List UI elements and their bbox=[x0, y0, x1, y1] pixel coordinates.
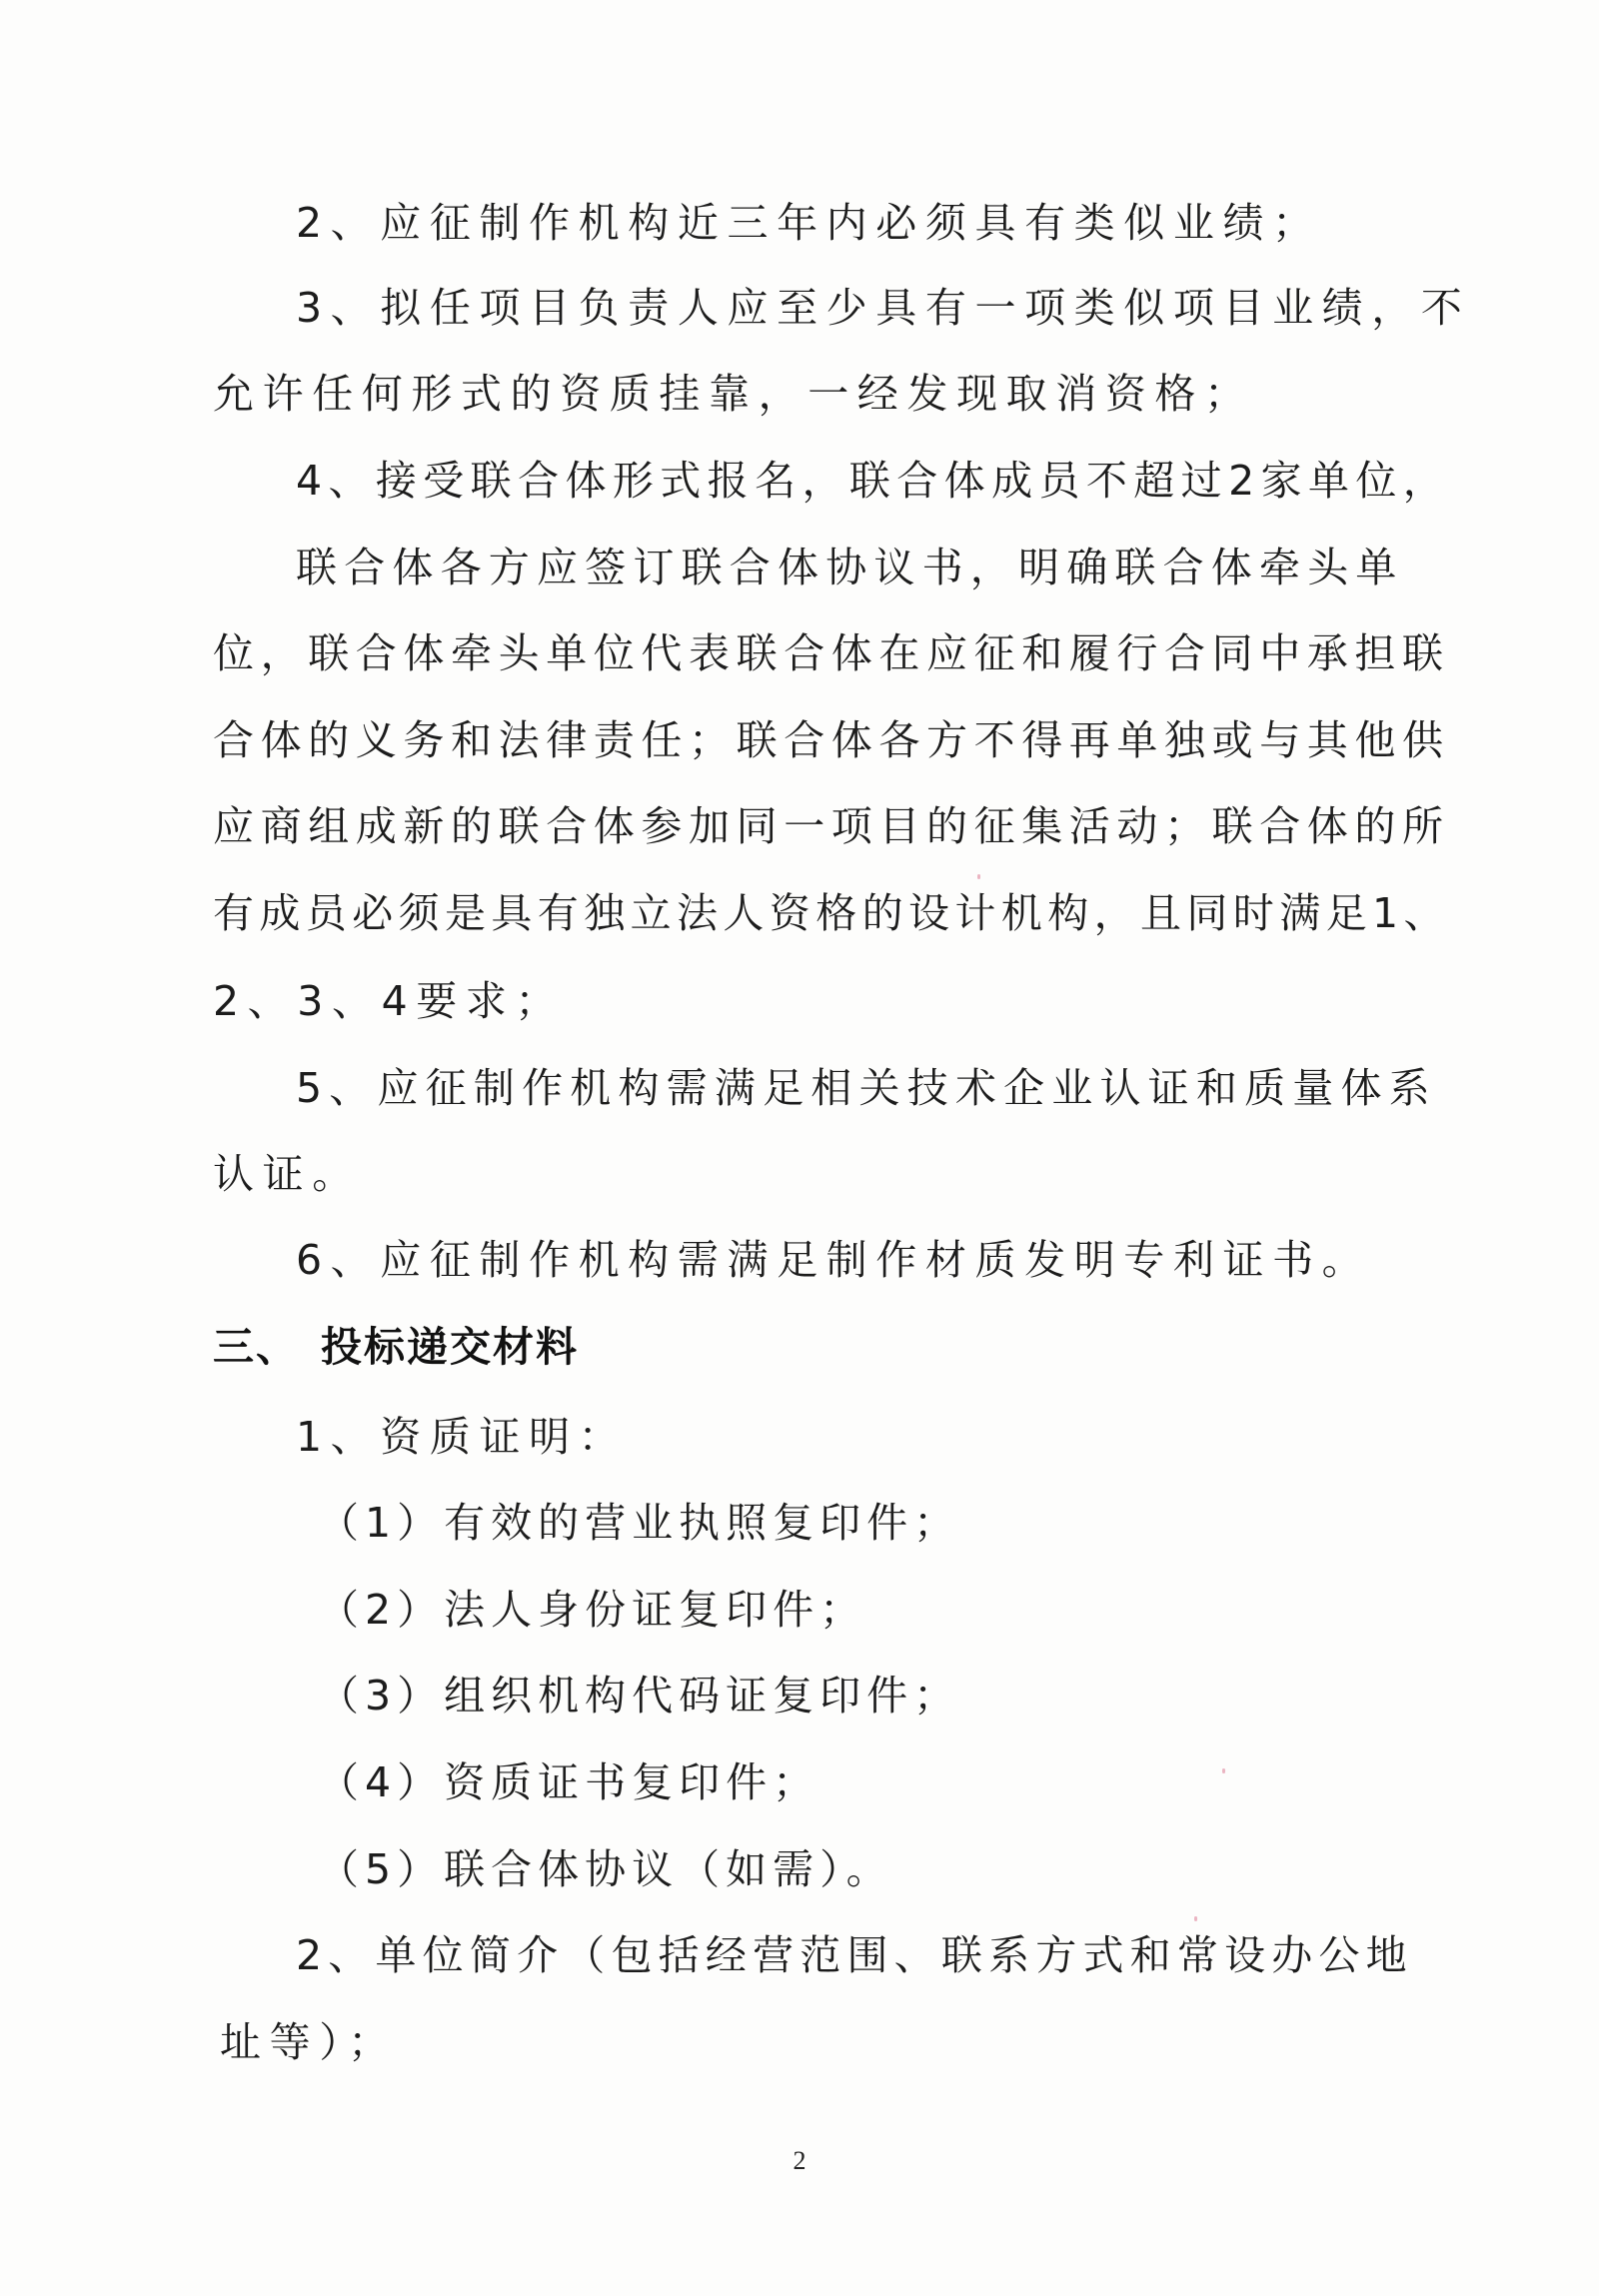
page-number: 2 bbox=[790, 2146, 809, 2176]
materials-item-2-cont: 址等）； bbox=[220, 2014, 1379, 2070]
materials-item-2: 2、单位简介（包括经营范围、联系方式和常设办公地 bbox=[296, 1927, 1455, 1983]
section-title: 投标递交材料 bbox=[321, 1323, 579, 1371]
materials-subitem-5: （5）联合体协议（如需）。 bbox=[318, 1841, 1477, 1897]
scan-speck bbox=[1194, 1916, 1197, 1921]
requirement-line-4-cont-1: 联合体各方应签订联合体协议书，明确联合体牵头单 bbox=[296, 540, 1455, 595]
section-number: 三、 bbox=[213, 1323, 299, 1371]
scan-speck bbox=[977, 874, 980, 879]
document-page: 2、应征制作机构近三年内必须具有类似业绩； 3、拟任项目负责人应至少具有一项类似… bbox=[0, 0, 1599, 2296]
materials-subitem-2: （2）法人身份证复印件； bbox=[318, 1582, 1477, 1638]
requirement-line-5: 5、应征制作机构需满足相关技术企业认证和质量体系 bbox=[296, 1060, 1455, 1116]
materials-subitem-1: （1）有效的营业执照复印件； bbox=[318, 1495, 1477, 1551]
scan-speck bbox=[1222, 1768, 1225, 1773]
materials-item-1: 1、资质证明： bbox=[296, 1409, 1455, 1465]
requirement-line-4-cont-6: 2、3、4要求； bbox=[213, 973, 1372, 1029]
requirement-line-2: 2、应征制作机构近三年内必须具有类似业绩； bbox=[296, 195, 1455, 251]
requirement-line-4-cont-2: 位，联合体牵头单位代表联合体在应征和履行合同中承担联 bbox=[213, 625, 1372, 681]
requirement-line-6: 6、应征制作机构需满足制作材质发明专利证书。 bbox=[296, 1232, 1455, 1288]
requirement-line-5-cont: 认证。 bbox=[213, 1146, 1372, 1202]
requirement-line-3: 3、拟任项目负责人应至少具有一项类似项目业绩，不 bbox=[296, 280, 1455, 336]
materials-subitem-3: （3）组织机构代码证复印件； bbox=[318, 1668, 1477, 1723]
requirement-line-4-cont-3: 合体的义务和法律责任；联合体各方不得再单独或与其他供 bbox=[213, 712, 1372, 768]
requirement-line-3-cont: 允许任何形式的资质挂靠，一经发现取消资格； bbox=[213, 366, 1372, 422]
materials-subitem-4: （4）资质证书复印件； bbox=[318, 1754, 1477, 1810]
requirement-line-4: 4、接受联合体形式报名，联合体成员不超过2家单位， bbox=[296, 453, 1455, 509]
requirement-line-4-cont-4: 应商组成新的联合体参加同一项目的征集活动；联合体的所 bbox=[213, 798, 1372, 854]
requirement-line-4-cont-5: 有成员必须是具有独立法人资格的设计机构，且同时满足1、 bbox=[213, 885, 1372, 941]
section-heading: 三、投标递交材料 bbox=[213, 1319, 1372, 1375]
